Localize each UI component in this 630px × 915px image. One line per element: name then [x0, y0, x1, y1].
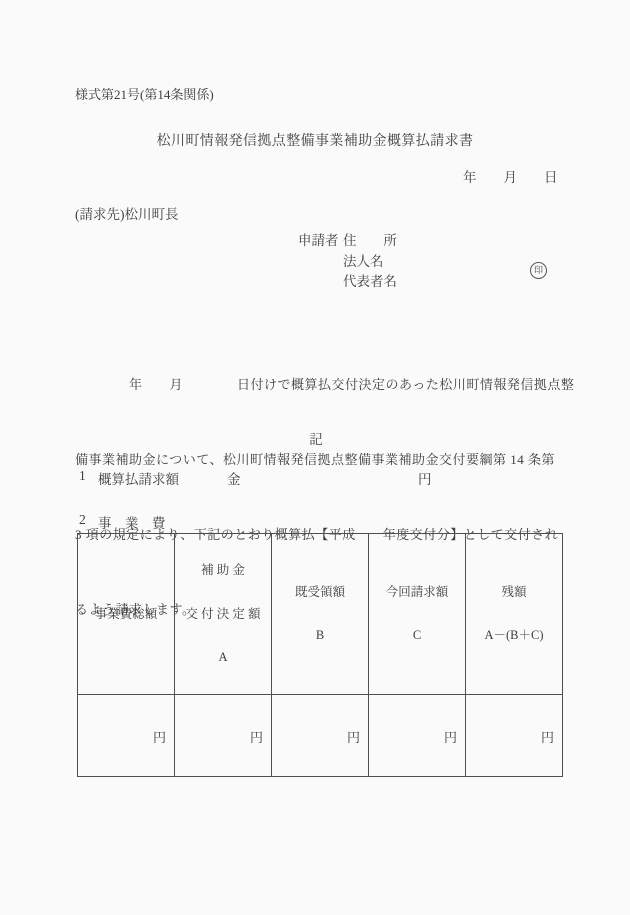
document-page: 様式第21号(第14条関係) 松川町情報発信拠点整備事業補助金概算払請求書 年 … [0, 0, 630, 915]
header-line: 交 付 決 定 額 [175, 607, 271, 622]
header-line: A [175, 650, 271, 665]
header-total-cost: 事業費総額 [78, 534, 175, 695]
note-heading: 記 [75, 428, 557, 448]
cell-subsidy-decision-amount: 円 [175, 694, 272, 776]
item-project-cost: 2 事 業 費 [75, 512, 575, 530]
cell-current-request: 円 [369, 694, 466, 776]
item-number: 2 [79, 512, 86, 528]
applicant-representative-label: 代表者名 [343, 270, 397, 290]
date-line: 年 月 日 [463, 166, 558, 186]
yen-unit: 円 [369, 725, 465, 746]
header-line: C [369, 628, 465, 643]
header-current-request: 今回請求額 C [369, 534, 466, 695]
yen-unit: 円 [272, 725, 368, 746]
seal-icon: 印 [530, 262, 547, 279]
cell-total-cost: 円 [78, 694, 175, 776]
item-label: 事 業 費 [98, 512, 166, 532]
header-line: 補 助 金 [175, 563, 271, 578]
header-balance: 残額 A－(B＋C) [466, 534, 563, 695]
yen-unit: 円 [175, 725, 271, 746]
table-header-row: 事業費総額 補 助 金 交 付 決 定 額 A 既受領額 B 今回請求額 C 残… [78, 534, 563, 695]
table-data-row: 円 円 円 円 円 [78, 694, 563, 776]
cell-already-received: 円 [272, 694, 369, 776]
yen-unit: 円 [78, 725, 174, 746]
item-number: 1 [79, 468, 86, 484]
applicant-address-label: 住 所 [343, 229, 397, 249]
header-already-received: 既受領額 B [272, 534, 369, 695]
header-line: 残額 [466, 585, 562, 600]
header-line: 事業費総額 [78, 607, 174, 622]
cell-balance: 円 [466, 694, 563, 776]
currency-prefix: 金 [227, 468, 241, 488]
recipient-line: (請求先)松川町長 [75, 203, 179, 223]
paragraph-line: 年 月 日付けで概算払交付決定のあった松川町情報発信拠点整 [75, 372, 567, 397]
header-line: 既受領額 [272, 585, 368, 600]
project-cost-table: 事業費総額 補 助 金 交 付 決 定 額 A 既受領額 B 今回請求額 C 残… [77, 533, 563, 777]
item-label: 概算払請求額 [98, 468, 179, 488]
yen-unit: 円 [466, 725, 562, 746]
applicant-label: 申請者 [298, 229, 339, 249]
item-request-amount: 1 概算払請求額 金 円 [75, 468, 575, 486]
currency-suffix: 円 [418, 468, 432, 488]
header-subsidy-decision-amount: 補 助 金 交 付 決 定 額 A [175, 534, 272, 695]
header-line: B [272, 628, 368, 643]
document-title: 松川町情報発信拠点整備事業補助金概算払請求書 [0, 130, 630, 150]
header-line: 今回請求額 [369, 585, 465, 600]
header-line: A－(B＋C) [466, 628, 562, 643]
form-number: 様式第21号(第14条関係) [75, 84, 214, 103]
applicant-corporate-name-label: 法人名 [343, 250, 384, 270]
